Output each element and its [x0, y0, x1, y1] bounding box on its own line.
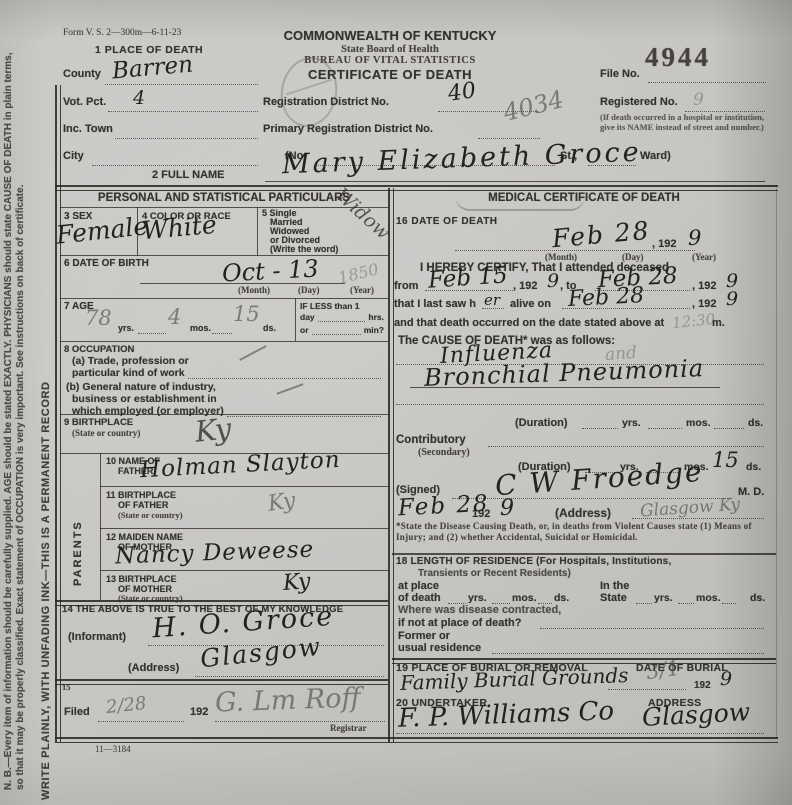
undertaker-line	[396, 733, 764, 734]
duration-mos: mos.	[686, 417, 711, 429]
dod-label: 16 DATE OF DEATH	[396, 216, 498, 227]
form-right-border	[776, 188, 777, 738]
occupation-a2-row: particular kind of work	[72, 367, 384, 379]
occupation-b2: business or establishment in	[72, 393, 217, 405]
cell-divider	[257, 207, 258, 255]
residence-label1: 18 LENGTH OF RESIDENCE (For Hospitals, I…	[396, 556, 671, 567]
race-value: White	[141, 210, 218, 245]
age-line	[212, 333, 232, 334]
full-name-value: Mary Elizabeth Groce	[282, 137, 643, 181]
undertaker-value: F. P. Williams Co	[398, 696, 615, 734]
dob-label: 6 DATE OF BIRTH	[64, 258, 149, 269]
occupation-a1: (a) Trade, profession or	[72, 355, 189, 367]
filed-label: Filed	[64, 706, 90, 718]
of-death-label: of death	[398, 592, 441, 604]
death-certificate-scan: N. B.—Every item of information should b…	[0, 0, 792, 805]
dod-year-sub: (Year)	[692, 252, 716, 262]
primary-reg-label: Primary Registration District No.	[263, 123, 433, 135]
birthplace-label: 9 BIRTHPLACE	[64, 417, 133, 428]
undertaker-address-value: Glasgow	[641, 697, 751, 732]
former-label: Former or	[398, 630, 450, 642]
dob-value: Oct - 13	[221, 254, 319, 287]
occupation-label: 8 OCCUPATION	[64, 344, 134, 355]
dob-year-sub: (Year)	[350, 285, 374, 295]
death-occurred-label: and that death occurred on the date stat…	[394, 317, 664, 329]
registered-no-label: Registered No.	[600, 96, 678, 108]
dod-day-sub: (Day)	[622, 252, 644, 262]
res-fill	[678, 603, 694, 604]
cell-divider	[295, 298, 296, 341]
birthplace-value: Ky	[193, 411, 233, 449]
signed-date-value: Feb 28	[397, 491, 490, 522]
registered-no-value: 9	[693, 90, 704, 110]
duration-fill	[582, 428, 618, 429]
signed-year-value: 9	[500, 496, 514, 521]
filed-date-value: 2/28	[105, 693, 147, 718]
burial-line	[608, 689, 686, 690]
from-year-value: 9	[547, 270, 559, 292]
file-no-line	[648, 82, 766, 83]
father-bp-value: Ky	[266, 488, 297, 517]
if-not-label: if not at place of death?	[398, 617, 521, 629]
burial-date-value: 3/1	[644, 656, 681, 684]
file-no-label: File No.	[600, 68, 640, 80]
father-bp-label1: 11 BIRTHPLACE	[106, 490, 176, 500]
if-less-line2: day hrs.	[300, 312, 384, 322]
row-line	[60, 255, 388, 256]
duration-ds: ds.	[748, 417, 763, 429]
birthplace-sub: (State or country)	[72, 428, 140, 438]
name-section-divider	[55, 185, 778, 191]
dod-month-sub: (Month)	[545, 252, 577, 262]
burial-year-value: 9	[720, 668, 732, 690]
duration-fill	[714, 428, 744, 429]
age-ds-unit: ds.	[263, 323, 276, 333]
duration2-ds: ds.	[746, 461, 761, 473]
if-less-line3: or min?	[300, 325, 384, 335]
pencil-curve	[455, 196, 585, 211]
age-mos-unit: mos.	[190, 323, 211, 333]
certificate-number: 4944	[645, 42, 711, 73]
father-bp-sub: (State or country)	[118, 510, 183, 520]
vot-pct-label: Vot. Pct.	[63, 96, 106, 108]
margin-nb-note: N. B.—Every item of information should b…	[3, 45, 27, 790]
ward-label: Ward)	[640, 150, 671, 162]
her-value: er	[484, 291, 500, 309]
at-place-label: at place	[398, 580, 439, 592]
section-line	[55, 600, 388, 606]
section-line	[392, 553, 776, 555]
hrs-label: hrs.	[368, 312, 384, 322]
duration-fill	[648, 428, 682, 429]
registrar-signature: G. Lm Roff	[215, 682, 362, 718]
alive-on-value: Feb 28	[567, 283, 644, 312]
primary-reg-value: 4034	[501, 85, 567, 127]
parents-divider	[100, 453, 101, 600]
vot-pct-line	[108, 111, 258, 112]
pencil-check	[239, 345, 266, 361]
county-label: County	[63, 68, 101, 80]
res-ds1: ds.	[554, 592, 569, 604]
margin-write-plainly: WRITE PLAINLY, WITH UNFADING INK—THIS IS…	[40, 25, 52, 800]
commonwealth-title: COMMONWEALTH OF KENTUCKY	[255, 28, 525, 43]
contrib-duration-ds-value: 15	[712, 448, 739, 472]
usual-line	[492, 653, 764, 654]
md-label: M. D.	[738, 486, 764, 498]
state-label: State	[600, 592, 627, 604]
res-mos1: mos.	[512, 592, 537, 604]
hospital-note: (If death occurred in a hospital or inst…	[600, 112, 772, 132]
dob-year-value: 1850	[336, 259, 380, 287]
registrar-label: Registrar	[330, 723, 366, 733]
secondary-label: (Secondary)	[418, 447, 470, 458]
inc-town-label: Inc. Town	[63, 123, 113, 135]
board-subtitle: State Board of Health	[255, 44, 525, 55]
row-line	[100, 528, 388, 529]
mother-bp-label1: 13 BIRTHPLACE	[106, 574, 177, 584]
occupation-a2: particular kind of work	[72, 367, 185, 379]
county-value: Barren	[111, 52, 194, 85]
city-label: City	[63, 150, 84, 162]
res-fill	[492, 603, 510, 604]
res-fill	[538, 603, 552, 604]
from-label: from	[394, 280, 418, 292]
age-line	[138, 333, 166, 334]
res-yrs1: yrs.	[468, 592, 487, 604]
age-yrs-unit: yrs.	[118, 323, 134, 333]
full-name-label: 2 FULL NAME	[152, 169, 225, 181]
alive-on-label: alive on	[510, 298, 551, 310]
county-line	[105, 84, 258, 85]
registered-no-line	[685, 111, 765, 112]
contracted-line	[540, 628, 764, 629]
or-label: or	[300, 325, 309, 335]
age-yrs-value: 78	[85, 306, 112, 330]
dod-year-value: 9	[688, 226, 701, 250]
in-the-label: In the	[600, 580, 629, 592]
to-year-prefix: , 192	[692, 280, 716, 292]
res-yrs2: yrs.	[654, 592, 673, 604]
age-ds-value: 15	[233, 302, 260, 326]
cause-footnote: *State the Disease Causing Death, or, in…	[396, 521, 752, 542]
father-bp-label2: OF FATHER	[118, 500, 168, 510]
city-line	[92, 165, 258, 166]
marital-label-line5: (Write the word)	[270, 244, 338, 254]
informant-label: (Informant)	[68, 631, 126, 643]
filed-year-prefix: 192	[190, 706, 208, 718]
mother-bp-value: Ky	[282, 569, 311, 596]
row-line	[100, 486, 388, 487]
contributory-line	[488, 446, 764, 447]
if-less-line1: IF LESS than 1	[300, 301, 360, 311]
row-line	[60, 298, 388, 299]
time-of-death-value: 12:30	[671, 310, 716, 332]
dob-month-sub: (Month)	[238, 285, 270, 295]
parents-label: PARENTS	[72, 456, 84, 586]
cause-blank-rule	[396, 404, 764, 405]
form-code: Form V. S. 2—300m—6-11-23	[63, 28, 181, 38]
full-name-line	[265, 181, 765, 182]
duration-yrs: yrs.	[622, 417, 641, 429]
occupation-b1: (b) General nature of industry,	[66, 381, 216, 393]
primary-reg-line	[478, 138, 540, 139]
burial-year-prefix: 192	[694, 680, 711, 691]
plate-number: 11—3184	[95, 744, 131, 754]
form-bottom-border	[55, 737, 778, 743]
alive-year-prefix: , 192	[692, 298, 716, 310]
dod-value: Feb 28	[551, 216, 652, 253]
min-label: min?	[364, 325, 384, 335]
vot-pct-value: 4	[133, 87, 145, 109]
age-mos-value: 4	[168, 305, 181, 329]
informant-address-line	[195, 676, 384, 677]
last-saw-label: that I last saw h	[394, 298, 476, 310]
mother-name-value: Nancy Deweese	[115, 537, 315, 570]
reg-district-value: 40	[446, 78, 477, 107]
row-line	[60, 341, 388, 342]
informant-address-label: (Address)	[128, 662, 179, 674]
from-year-prefix: , 192	[513, 280, 537, 292]
filed-line	[98, 721, 184, 722]
day-label: day	[300, 312, 315, 322]
contracted-label: Where was disease contracted,	[398, 604, 561, 616]
res-fill	[636, 603, 652, 604]
contributory-label: Contributory	[396, 434, 466, 446]
dob-day-sub: (Day)	[298, 285, 320, 295]
pencil-check	[277, 383, 304, 394]
row-line	[100, 570, 388, 571]
dod-year-prefix: , 192	[652, 238, 676, 250]
res-fill	[448, 603, 466, 604]
address2-label: (Address)	[555, 506, 611, 520]
res-mos2: mos.	[696, 592, 721, 604]
usual-label: usual residence	[398, 642, 481, 654]
residence-label2: Transients or Recent Residents)	[418, 568, 571, 579]
res-ds2: ds.	[750, 592, 765, 604]
attended-from-value: Feb 15	[427, 262, 508, 293]
inc-town-line	[115, 138, 258, 139]
alive-year-value: 9	[726, 288, 738, 310]
registrar-line	[215, 721, 385, 722]
res-fill	[722, 603, 736, 604]
duration-label: (Duration)	[515, 417, 568, 429]
section-line	[392, 658, 776, 664]
